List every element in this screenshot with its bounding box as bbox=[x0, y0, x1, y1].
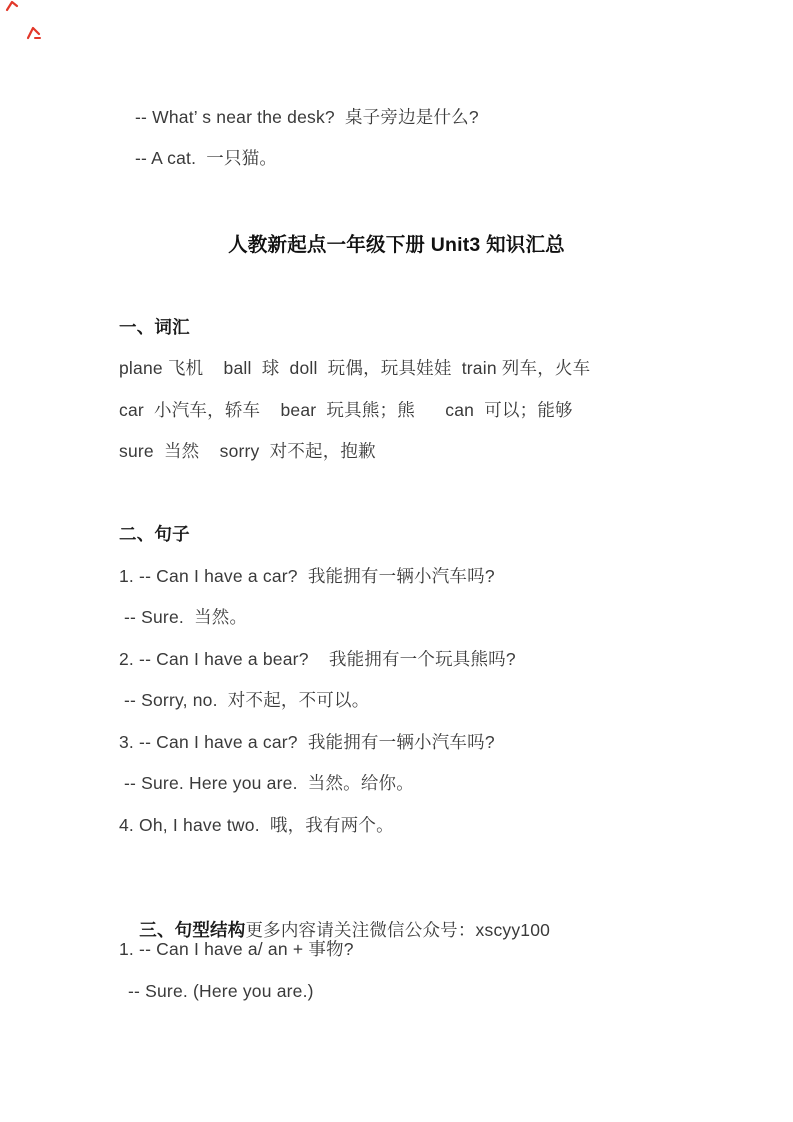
section-heading-vocabulary: 一、词汇 bbox=[119, 316, 190, 338]
review-dialog-answer: -- A cat. 一只猫。 bbox=[135, 147, 277, 169]
sentence-line: 1. -- Can I have a car? 我能拥有一辆小汽车吗? bbox=[119, 565, 495, 587]
vocabulary-row: car 小汽车，轿车 bear 玩具熊；熊 can 可以；能够 bbox=[119, 399, 573, 421]
red-annotation-mark-stroke bbox=[28, 28, 39, 38]
red-annotation-mark-stroke bbox=[7, 2, 17, 10]
section-heading-patterns-label: 三、句型结构 bbox=[139, 920, 245, 940]
sentence-line: -- Sure. Here you are. 当然。给你。 bbox=[124, 772, 414, 794]
sentence-line: 4. Oh, I have two. 哦，我有两个。 bbox=[119, 814, 394, 836]
document-page: -- What’ s near the desk? 桌子旁边是什么? -- A … bbox=[0, 0, 793, 1122]
page-title: 人教新起点一年级下册 Unit3 知识汇总 bbox=[0, 229, 793, 257]
vocabulary-row: sure 当然 sorry 对不起，抱歉 bbox=[119, 440, 376, 462]
review-dialog-question: -- What’ s near the desk? 桌子旁边是什么? bbox=[135, 106, 479, 128]
sentence-line: -- Sure. 当然。 bbox=[124, 606, 247, 628]
wechat-account-note: 更多内容请关注微信公众号：xscyy100 bbox=[245, 920, 550, 940]
red-annotation-mark-icon bbox=[26, 25, 42, 41]
pattern-line: -- Sure. (Here you are.) bbox=[128, 980, 314, 1002]
vocabulary-row: plane 飞机 ball 球 doll 玩偶，玩具娃娃 train 列车，火车 bbox=[119, 357, 590, 379]
red-annotation-mark-icon bbox=[5, 0, 19, 12]
sentence-line: 3. -- Can I have a car? 我能拥有一辆小汽车吗? bbox=[119, 731, 495, 753]
sentence-line: 2. -- Can I have a bear? 我能拥有一个玩具熊吗? bbox=[119, 648, 516, 670]
section-heading-sentences: 二、句子 bbox=[119, 523, 190, 545]
sentence-line: -- Sorry, no. 对不起，不可以。 bbox=[124, 689, 369, 711]
pattern-line: 1. -- Can I have a/ an + 事物? bbox=[119, 938, 354, 960]
